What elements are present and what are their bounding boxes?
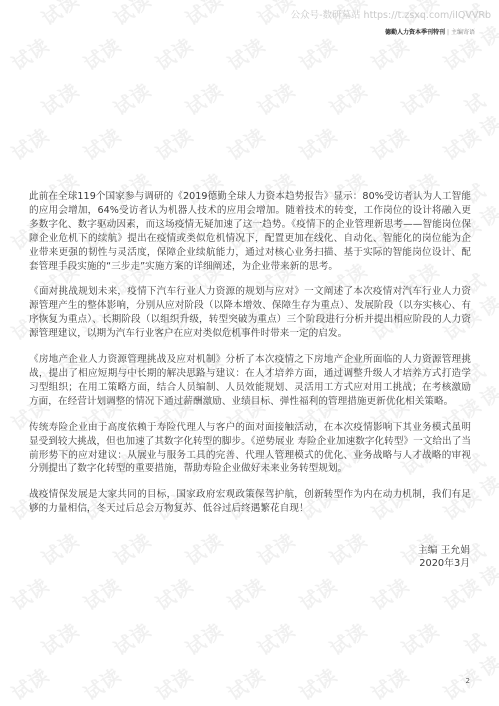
paragraph: 战疫情保发展是大家共同的目标，国家政府宏观政策保驾护航，创新转型作为内在动力机制… <box>29 488 471 516</box>
source-watermark-line: 公众号-数研墓站 https://t.zsxq.com/iIQVVRb <box>291 7 491 21</box>
watermark-text: 试读 <box>150 571 198 616</box>
watermark-text: 试读 <box>252 526 300 571</box>
watermark-text: 试读 <box>150 121 198 166</box>
watermark-text: 试读 <box>180 0 228 31</box>
watermark-text: 试读 <box>438 121 486 166</box>
paragraph: 《房地产企业人力资源管理挑战及应对机制》分析了本次疫情之下房地产企业所面临的人力… <box>29 353 471 409</box>
watermark-text: 试读 <box>150 661 198 706</box>
editor-name: 主编 王允娟 <box>418 545 470 558</box>
header-subtitle: 主编寄语 <box>451 29 475 36</box>
watermark-text: 试读 <box>6 121 54 166</box>
watermark-text: 试读 <box>366 31 414 76</box>
watermark-text: 试读 <box>222 571 270 616</box>
watermark-text: 试读 <box>294 31 342 76</box>
paragraph: 此前在全球119个国家参与调研的《2019德勤全球人力资本趋势报告》显示：80%… <box>29 190 471 273</box>
paragraph: 传统寿险企业由于高度依赖于寿险代理人与客户的面对面接触活动，在本次疫情影响下其业… <box>29 421 471 477</box>
watermark-text: 试读 <box>78 661 126 706</box>
signature-block: 主编 王允娟 2020年3月 <box>418 545 470 570</box>
watermark-text: 试读 <box>294 571 342 616</box>
header-title: 德勤人力资本季刊特刊 <box>385 29 445 36</box>
watermark-text: 试读 <box>78 31 126 76</box>
watermark-text: 试读 <box>294 661 342 706</box>
watermark-text: 试读 <box>366 571 414 616</box>
watermark-text: 试读 <box>294 121 342 166</box>
watermark-text: 试读 <box>108 0 156 31</box>
watermark-text: 试读 <box>366 121 414 166</box>
watermark-text: 试读 <box>252 76 300 121</box>
watermark-text: 试读 <box>36 76 84 121</box>
watermark-text: 试读 <box>6 571 54 616</box>
watermark-text: 试读 <box>459 82 499 142</box>
watermark-text: 试读 <box>6 31 54 76</box>
watermark-text: 试读 <box>222 31 270 76</box>
running-header: 德勤人力资本季刊特刊|主编寄语 <box>385 27 475 36</box>
watermark-text: 试读 <box>108 526 156 571</box>
watermark-text: 试读 <box>222 661 270 706</box>
watermark-text: 试读 <box>6 661 54 706</box>
watermark-text: 试读 <box>396 616 444 661</box>
page-number: 2 <box>466 677 470 685</box>
watermark-text: 试读 <box>150 31 198 76</box>
watermark-text: 试读 <box>108 616 156 661</box>
watermark-text: 试读 <box>438 571 486 616</box>
body-text: 此前在全球119个国家参与调研的《2019德勤全球人力资本趋势报告》显示：80%… <box>29 190 471 528</box>
watermark-text: 试读 <box>78 121 126 166</box>
watermark-text: 试读 <box>108 76 156 121</box>
watermark-text: 试读 <box>180 616 228 661</box>
watermark-text: 试读 <box>396 76 444 121</box>
watermark-text: 试读 <box>36 0 84 31</box>
watermark-text: 试读 <box>324 526 372 571</box>
watermark-text: 试读 <box>438 31 486 76</box>
watermark-text: 试读 <box>438 661 486 706</box>
watermark-text: 试读 <box>180 526 228 571</box>
watermark-text: 试读 <box>252 616 300 661</box>
watermark-text: 试读 <box>180 76 228 121</box>
watermark-text: 试读 <box>222 121 270 166</box>
watermark-text: 试读 <box>36 616 84 661</box>
header-separator: | <box>447 29 449 36</box>
watermark-text: 试读 <box>459 622 499 682</box>
watermark-text: 试读 <box>366 661 414 706</box>
signature-date: 2020年3月 <box>418 558 470 571</box>
paragraph: 《面对挑战规划未来，疫情下汽车行业人力资源的规划与应对》一文阐述了本次疫情对汽车… <box>29 285 471 341</box>
watermark-text: 试读 <box>36 526 84 571</box>
watermark-text: 试读 <box>324 616 372 661</box>
watermark-text: 试读 <box>324 76 372 121</box>
watermark-text: 试读 <box>78 571 126 616</box>
